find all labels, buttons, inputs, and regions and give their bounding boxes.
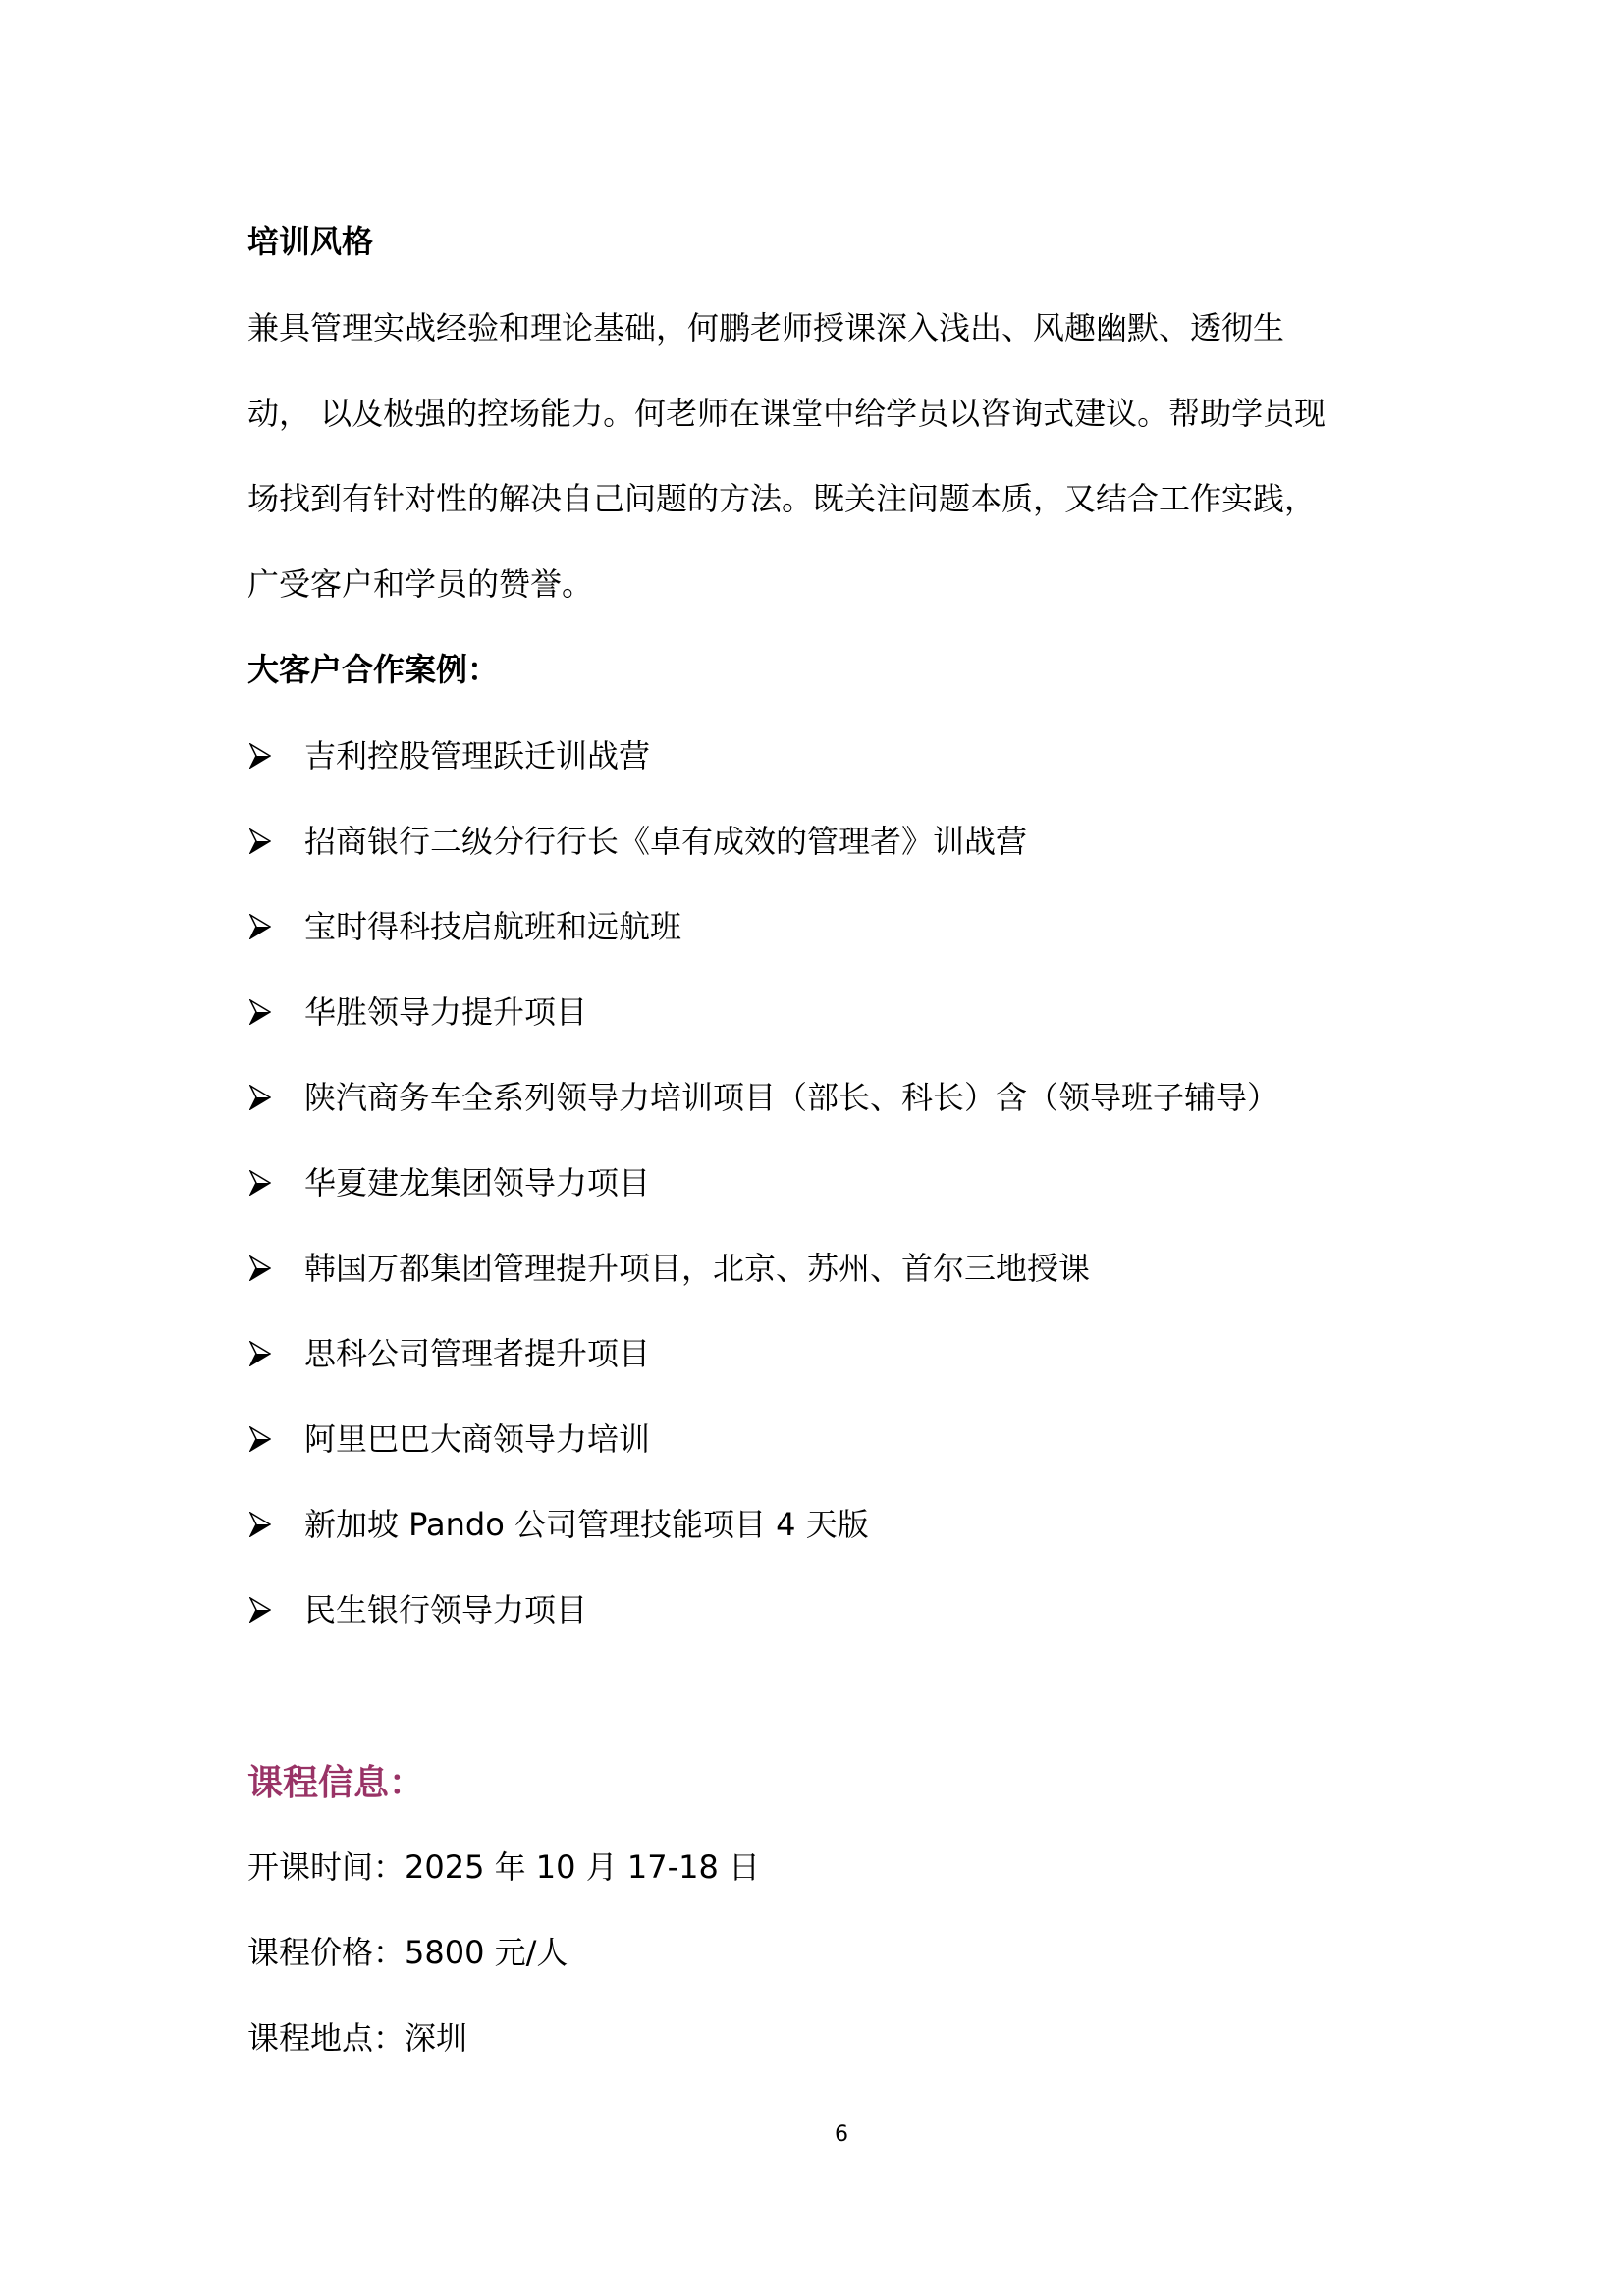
field-label: 开课时间：: [247, 1848, 405, 1886]
field-label: 课程价格：: [247, 1934, 405, 1971]
course-info-heading: 课程信息：: [247, 1762, 424, 1805]
list-item-text: 华夏建龙集团领导力项目: [304, 1163, 650, 1202]
page-number: 6: [0, 2121, 1624, 2149]
course-info-field-time: 开课时间：2025 年 10 月 17-18 日: [247, 1847, 760, 1887]
training-style-paragraph-line: 广受客户和学员的赞誉。: [247, 564, 593, 604]
arrow-bullet-icon: [249, 999, 271, 1025]
list-item-text: 陕汽商务车全系列领导力培训项目（部长、科长）含（领导班子辅导）: [304, 1078, 1278, 1117]
training-style-heading: 培训风格: [247, 222, 373, 261]
list-item-text: 思科公司管理者提升项目: [304, 1334, 650, 1373]
field-label: 课程地点：: [247, 2019, 405, 2056]
arrow-bullet-icon: [249, 914, 271, 939]
training-style-paragraph-line: 兼具管理实战经验和理论基础，何鹏老师授课深入浅出、风趣幽默、透彻生: [247, 308, 1284, 347]
field-value: 5800 元/人: [405, 1934, 568, 1971]
arrow-bullet-icon: [249, 1170, 271, 1196]
arrow-bullet-icon: [249, 1597, 271, 1623]
list-item-text: 宝时得科技启航班和远航班: [304, 907, 681, 946]
list-item-text: 招商银行二级分行行长《卓有成效的管理者》训战营: [304, 822, 1027, 861]
arrow-bullet-icon: [249, 828, 271, 854]
arrow-bullet-icon: [249, 1512, 271, 1537]
arrow-bullet-icon: [249, 1085, 271, 1110]
list-item-text: 阿里巴巴大商领导力培训: [304, 1419, 650, 1459]
list-item-text: 新加坡 Pando 公司管理技能项目 4 天版: [304, 1505, 869, 1544]
course-info-field-location: 课程地点：深圳: [247, 2018, 467, 2057]
training-style-paragraph-line: 场找到有针对性的解决自己问题的方法。既关注问题本质，又结合工作实践，: [247, 479, 1316, 518]
training-style-paragraph-line: 动， 以及极强的控场能力。何老师在课堂中给学员以咨询式建议。帮助学员现: [247, 394, 1326, 433]
list-item-text: 韩国万都集团管理提升项目，北京、苏州、首尔三地授课: [304, 1249, 1090, 1288]
arrow-bullet-icon: [249, 743, 271, 769]
arrow-bullet-icon: [249, 1255, 271, 1281]
list-item-text: 华胜领导力提升项目: [304, 992, 587, 1032]
list-item-text: 民生银行领导力项目: [304, 1590, 587, 1629]
key-clients-heading: 大客户合作案例：: [247, 650, 499, 689]
field-value: 深圳: [405, 2019, 467, 2056]
arrow-bullet-icon: [249, 1426, 271, 1452]
field-value: 2025 年 10 月 17-18 日: [405, 1848, 760, 1886]
document-page: 培训风格 兼具管理实战经验和理论基础，何鹏老师授课深入浅出、风趣幽默、透彻生 动…: [0, 0, 1624, 2296]
arrow-bullet-icon: [249, 1341, 271, 1366]
list-item-text: 吉利控股管理跃迁训战营: [304, 736, 650, 775]
course-info-field-price: 课程价格：5800 元/人: [247, 1933, 568, 1972]
